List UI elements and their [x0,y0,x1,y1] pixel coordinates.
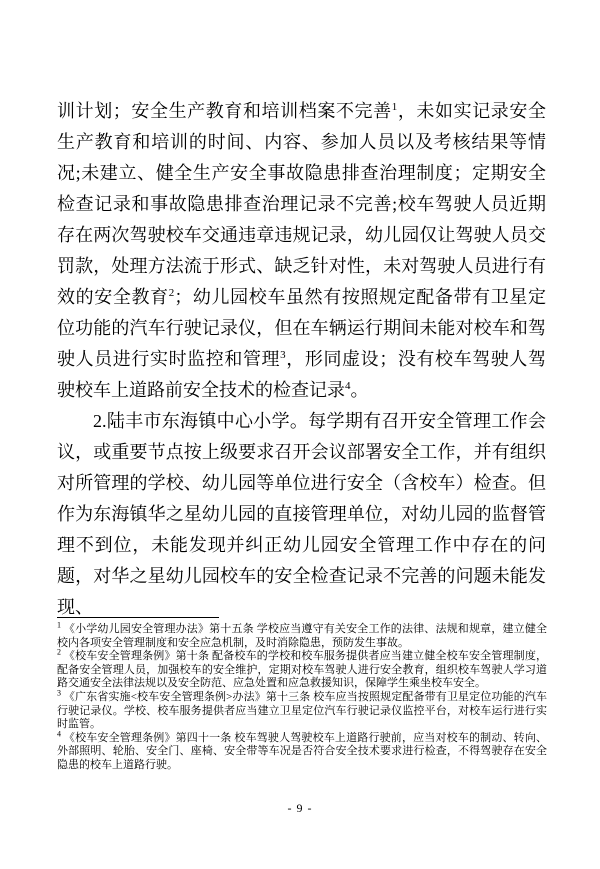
footnote-item: 4 《校车安全管理条例》第四十一条 校车驾驶人驾驶校车上道路行驶前，应当对校车的… [57,732,547,773]
footnote-marker: 1 [57,620,61,629]
footnote-marker: 4 [57,729,61,738]
footnote-marker: 2 [57,648,61,657]
footnotes-section: 1 《小学幼儿园安全管理办法》第十五条 学校应当遵守有关安全工作的法律、法规和规… [57,623,547,773]
footnote-reference: 3 [280,349,286,361]
footnote-reference: 2 [169,287,175,299]
footnote-item: 2 《校车安全管理条例》第十条 配备校车的学校和校车服务提供者应当建立健全校车安… [57,650,547,691]
paragraph: 2.陆丰市东海镇中心小学。每学期有召开安全管理工作会议，或重要节点按上级要求召开… [57,406,546,623]
footnote-item: 3 《广东省实施<校车安全管理条例>办法》第十三条 校车应当按照规定配备带有卫星… [57,691,547,732]
footnote-marker: 3 [57,688,61,697]
footnote-item: 1 《小学幼儿园安全管理办法》第十五条 学校应当遵守有关安全工作的法律、法规和规… [57,623,547,650]
paragraph: 训计划；安全生产教育和培训档案不完善1，未如实记录安全生产教育和培训的时间、内容… [57,96,546,406]
footnote-separator [57,617,219,618]
footnote-reference: 1 [392,101,398,113]
page-number: - 9 - [0,801,600,816]
body-text: 训计划；安全生产教育和培训档案不完善1，未如实记录安全生产教育和培训的时间、内容… [57,96,546,623]
footnote-reference: 4 [345,380,351,392]
